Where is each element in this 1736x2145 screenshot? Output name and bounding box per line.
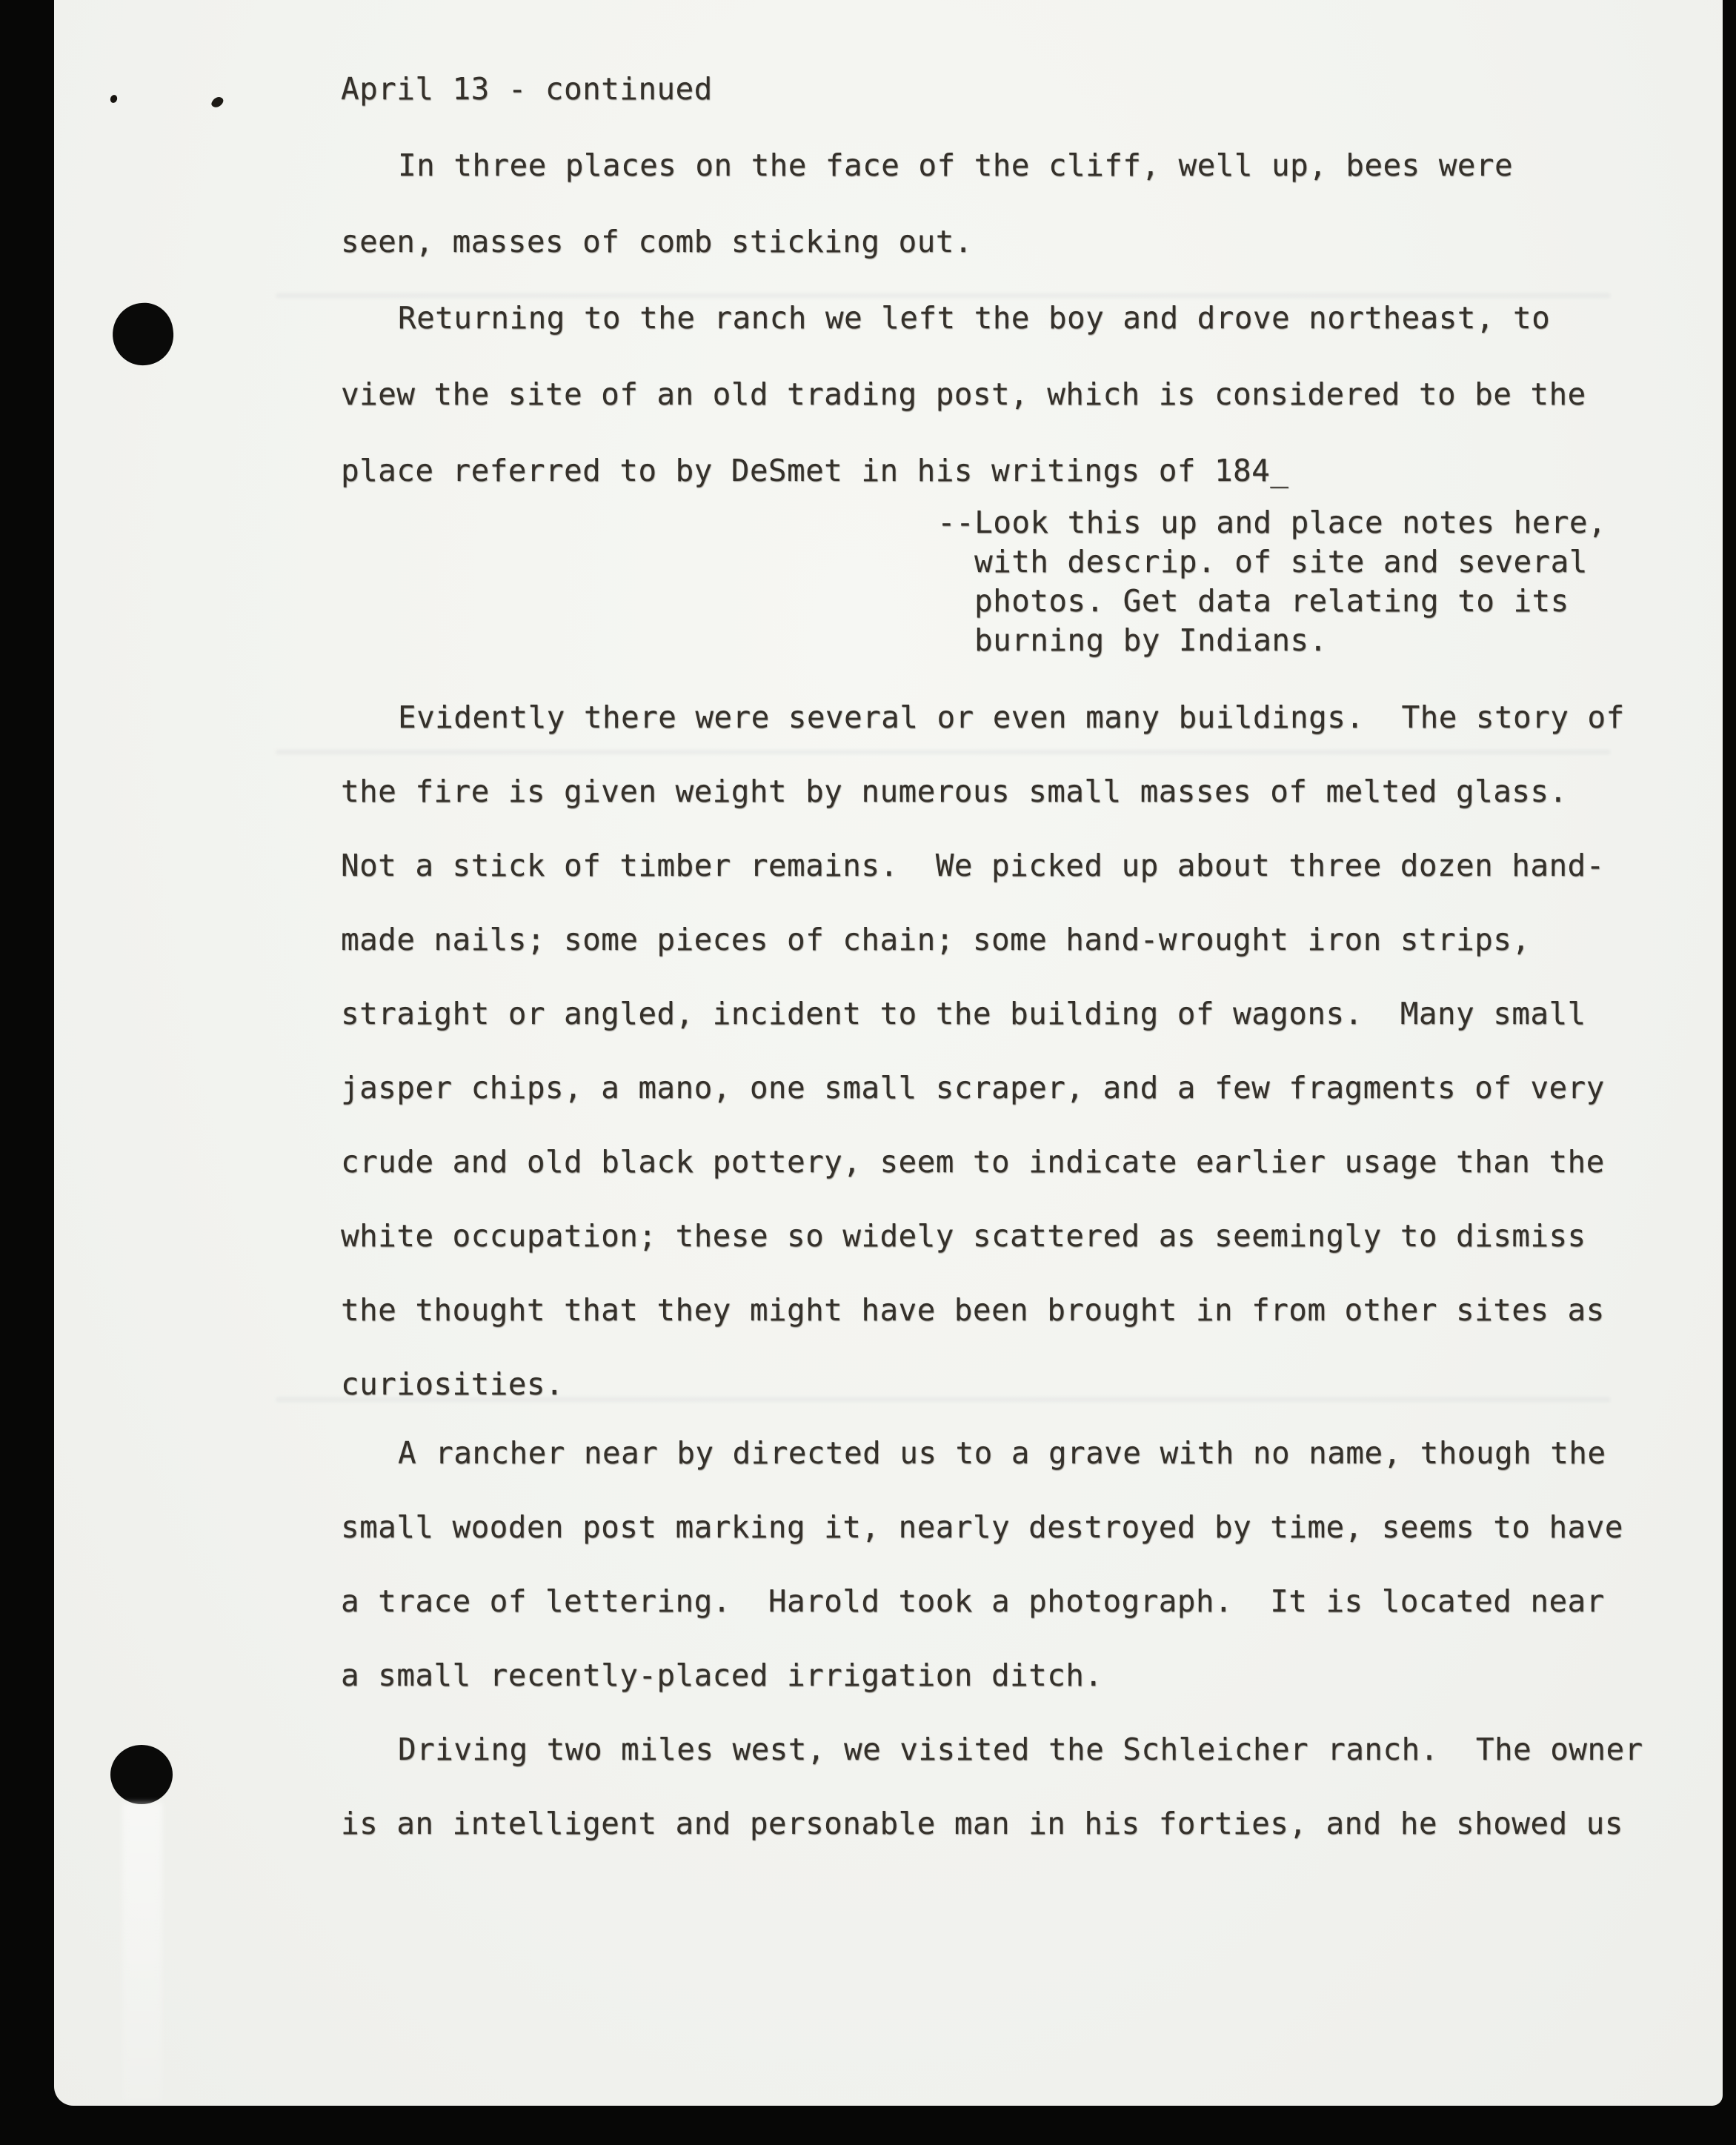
paper-sheet: April 13 - continuedIn three places on t… [54, 0, 1723, 2106]
text-line: place referred to by DeSmet in his writi… [341, 433, 1586, 509]
text-line: --Look this up and place notes here, [937, 503, 1606, 542]
scanner-streak [122, 1803, 162, 2102]
buildings-paragraph-block: Evidently there were several or even man… [341, 680, 1625, 1421]
text-line: view the site of an old trading post, wh… [341, 356, 1586, 433]
punch-hole-bottom [110, 1745, 173, 1804]
text-line: In three places on the face of the cliff… [398, 127, 1586, 204]
ink-speck [110, 94, 119, 104]
text-line: made nails; some pieces of chain; some h… [341, 902, 1625, 977]
text-line: the fire is given weight by numerous sma… [341, 754, 1625, 828]
text-line: Returning to the ranch we left the boy a… [398, 280, 1586, 356]
ink-speck [210, 95, 225, 110]
text-line: a small recently-placed irrigation ditch… [341, 1638, 1643, 1712]
text-line: a trace of lettering. Harold took a phot… [341, 1564, 1643, 1638]
intro-block: April 13 - continuedIn three places on t… [341, 51, 1586, 509]
text-line: small wooden post marking it, nearly des… [341, 1490, 1643, 1564]
text-line: crude and old black pottery, seem to ind… [341, 1125, 1625, 1199]
text-line: April 13 - continued [341, 51, 1586, 127]
text-line: curiosities. [341, 1347, 1625, 1421]
margin-note-block: --Look this up and place notes here,with… [937, 503, 1606, 660]
text-line: burning by Indians. [974, 621, 1606, 660]
text-line: photos. Get data relating to its [974, 582, 1606, 621]
text-line: white occupation; these so widely scatte… [341, 1199, 1625, 1273]
text-line: seen, masses of comb sticking out. [341, 204, 1586, 280]
text-line: is an intelligent and personable man in … [341, 1786, 1643, 1860]
text-line: the thought that they might have been br… [341, 1273, 1625, 1347]
scanned-document: { "colors": { "scan_background": "#07070… [0, 0, 1736, 2145]
text-line: A rancher near by directed us to a grave… [398, 1416, 1643, 1490]
grave-and-ranch-block: A rancher near by directed us to a grave… [341, 1416, 1643, 1860]
punch-hole-top [109, 299, 178, 370]
text-line: with descrip. of site and several [974, 542, 1606, 582]
text-line: Not a stick of timber remains. We picked… [341, 828, 1625, 902]
text-line: straight or angled, incident to the buil… [341, 977, 1625, 1051]
text-line: jasper chips, a mano, one small scraper,… [341, 1051, 1625, 1125]
text-line: Driving two miles west, we visited the S… [398, 1712, 1643, 1786]
text-line: Evidently there were several or even man… [398, 680, 1625, 754]
